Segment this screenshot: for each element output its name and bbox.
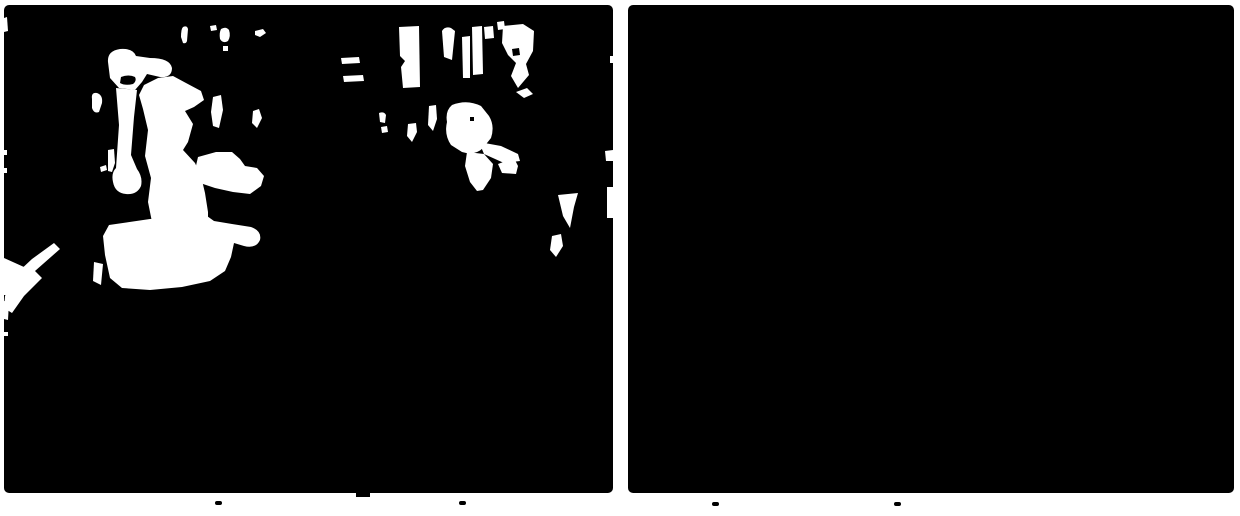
foreground-blob <box>610 56 613 63</box>
caption-text-remnant <box>215 501 222 505</box>
foreground-blob <box>255 29 266 37</box>
foreground-blob <box>115 273 121 280</box>
figure-canvas <box>0 0 1240 516</box>
foreground-blob <box>407 123 417 142</box>
binary-mask-svg-right <box>628 5 1234 493</box>
foreground-blob <box>550 234 563 257</box>
foreground-blob <box>343 75 364 82</box>
foreground-blob <box>502 24 534 88</box>
foreground-blob <box>558 193 578 228</box>
caption-text-remnant <box>712 502 719 506</box>
foreground-blob <box>484 26 494 39</box>
foreground-blob <box>516 88 533 98</box>
binary-mask-svg-left <box>4 5 613 493</box>
foreground-blob <box>181 26 188 43</box>
binary-frame-panel-right <box>628 5 1234 493</box>
foreground-blob <box>210 25 217 31</box>
foreground-blob <box>252 109 262 128</box>
blob-hole <box>470 117 474 121</box>
foreground-blob <box>223 46 228 51</box>
foreground-blob <box>607 187 613 218</box>
foreground-blob <box>341 57 360 64</box>
foreground-blob <box>379 112 386 123</box>
foreground-blob <box>4 168 7 173</box>
foreground-blob <box>211 95 223 128</box>
foreground-blob <box>93 262 103 285</box>
foreground-blob <box>4 301 9 320</box>
binary-frame-panel-left <box>4 5 613 493</box>
foreground-blob <box>100 165 107 172</box>
foreground-blob <box>4 332 8 336</box>
caption-text-remnant <box>894 502 901 506</box>
foreground-blob <box>220 28 230 42</box>
foreground-blob <box>103 216 260 290</box>
panel-border-tab <box>356 491 370 497</box>
foreground-blob <box>442 27 455 60</box>
foreground-blob <box>605 150 613 161</box>
foreground-blob <box>381 126 388 133</box>
blob-hole <box>120 76 136 85</box>
foreground-blob <box>462 36 470 78</box>
foreground-blob <box>465 152 493 191</box>
foreground-blob <box>4 150 7 155</box>
foreground-blob <box>472 26 483 75</box>
foreground-blob <box>195 152 264 194</box>
foreground-blob <box>139 76 208 222</box>
foreground-blob <box>4 17 8 32</box>
foreground-blob <box>92 93 102 113</box>
blob-hole <box>512 48 520 56</box>
caption-text-remnant <box>459 501 466 505</box>
foreground-blob <box>114 264 121 271</box>
foreground-blob <box>108 149 115 172</box>
foreground-blob <box>428 105 437 131</box>
foreground-blob <box>112 88 141 194</box>
foreground-blob <box>399 26 420 88</box>
